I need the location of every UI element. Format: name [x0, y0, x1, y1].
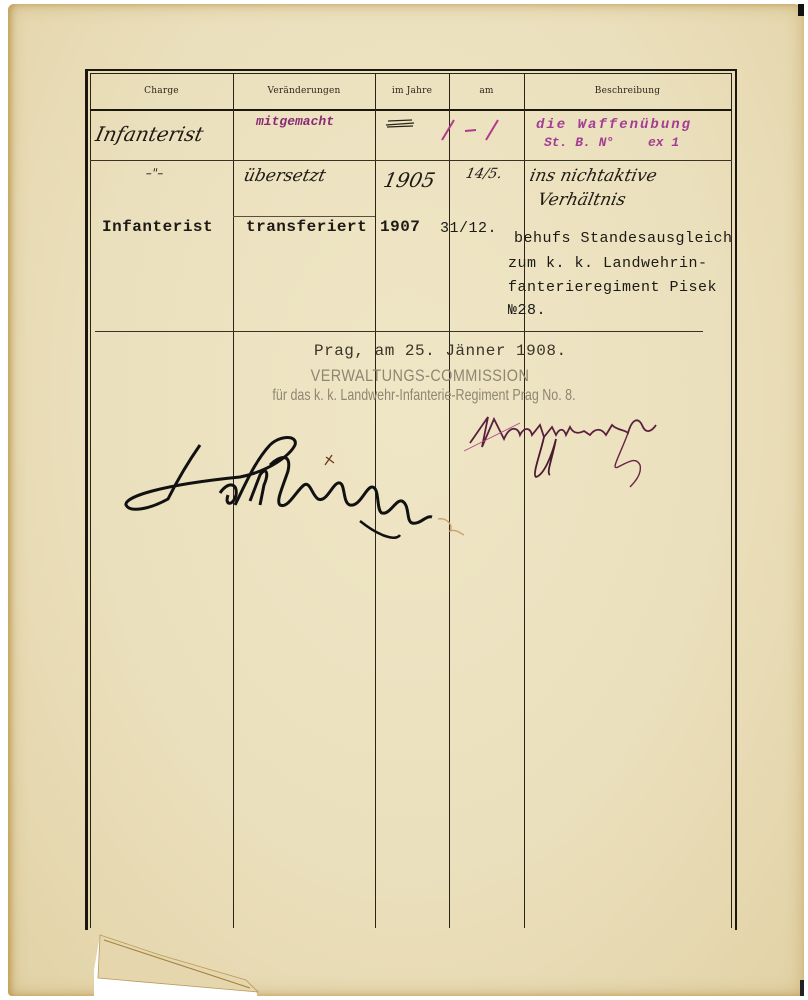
row1-beschreibung-line1: die Waffenübung — [536, 117, 692, 133]
row3-beschreibung-line2: zum k. k. Landwehrin- — [508, 255, 708, 272]
row2-beschreibung-line2: Verhältnis — [536, 190, 628, 210]
row2-veraenderungen: übersetzt — [242, 166, 328, 186]
row3-veraenderungen: transferiert — [246, 218, 367, 236]
row2-im-jahre: 1905 — [381, 168, 437, 192]
place-date: Prag, am 25. Jänner 1908. — [314, 342, 567, 360]
table-border-left-inner — [90, 73, 91, 928]
row-separator — [95, 331, 703, 332]
row1-am-dash-marks — [420, 114, 500, 144]
row3-beschreibung-line3: fanterieregiment Pisek — [508, 279, 717, 296]
header-separator — [90, 109, 732, 111]
row3-charge: Infanterist — [102, 218, 213, 236]
row3-am: 31/12. — [440, 220, 497, 237]
signature-left — [120, 425, 520, 565]
row2-charge-ditto: –"– — [145, 166, 166, 180]
table-border-top-inner — [90, 73, 732, 74]
header-im-jahre: im Jahre — [375, 80, 449, 102]
column-divider — [524, 73, 525, 928]
stamp-commission-title: VERWALTUNGS-COMMISSION — [259, 366, 582, 386]
table-border-right-inner — [731, 73, 732, 928]
scan-edge — [798, 4, 804, 16]
row1-veraenderungen: mitgemacht — [256, 114, 334, 129]
row2-beschreibung-line1: ins nichtaktive — [528, 166, 659, 186]
table-border-top — [85, 69, 737, 71]
header-beschreibung: Beschreibung — [524, 80, 731, 102]
row3-im-jahre: 1907 — [380, 218, 420, 236]
row-separator — [90, 160, 732, 161]
table-border-left — [85, 70, 88, 930]
row1-charge: Infanterist — [93, 122, 205, 146]
table-border-right — [735, 70, 737, 930]
stamp-commission-subtitle: für das k. k. Landwehr-Infanterie-Regime… — [268, 387, 580, 405]
row1-beschreibung-line2b: ex 1 — [648, 135, 679, 150]
row2-am: 14/5. — [464, 166, 503, 182]
header-am: am — [449, 80, 524, 102]
row-separator — [233, 216, 375, 217]
row3-beschreibung-line4: №28. — [508, 302, 546, 319]
scan-edge — [800, 980, 804, 996]
row1-year-struck — [384, 114, 416, 124]
header-veraenderungen: Veränderungen — [233, 80, 375, 102]
row3-beschreibung-line1: behufs Standesausgleich — [514, 230, 733, 247]
row1-beschreibung-line2: St. B. N° — [544, 135, 614, 150]
header-charge: Charge — [90, 80, 233, 102]
